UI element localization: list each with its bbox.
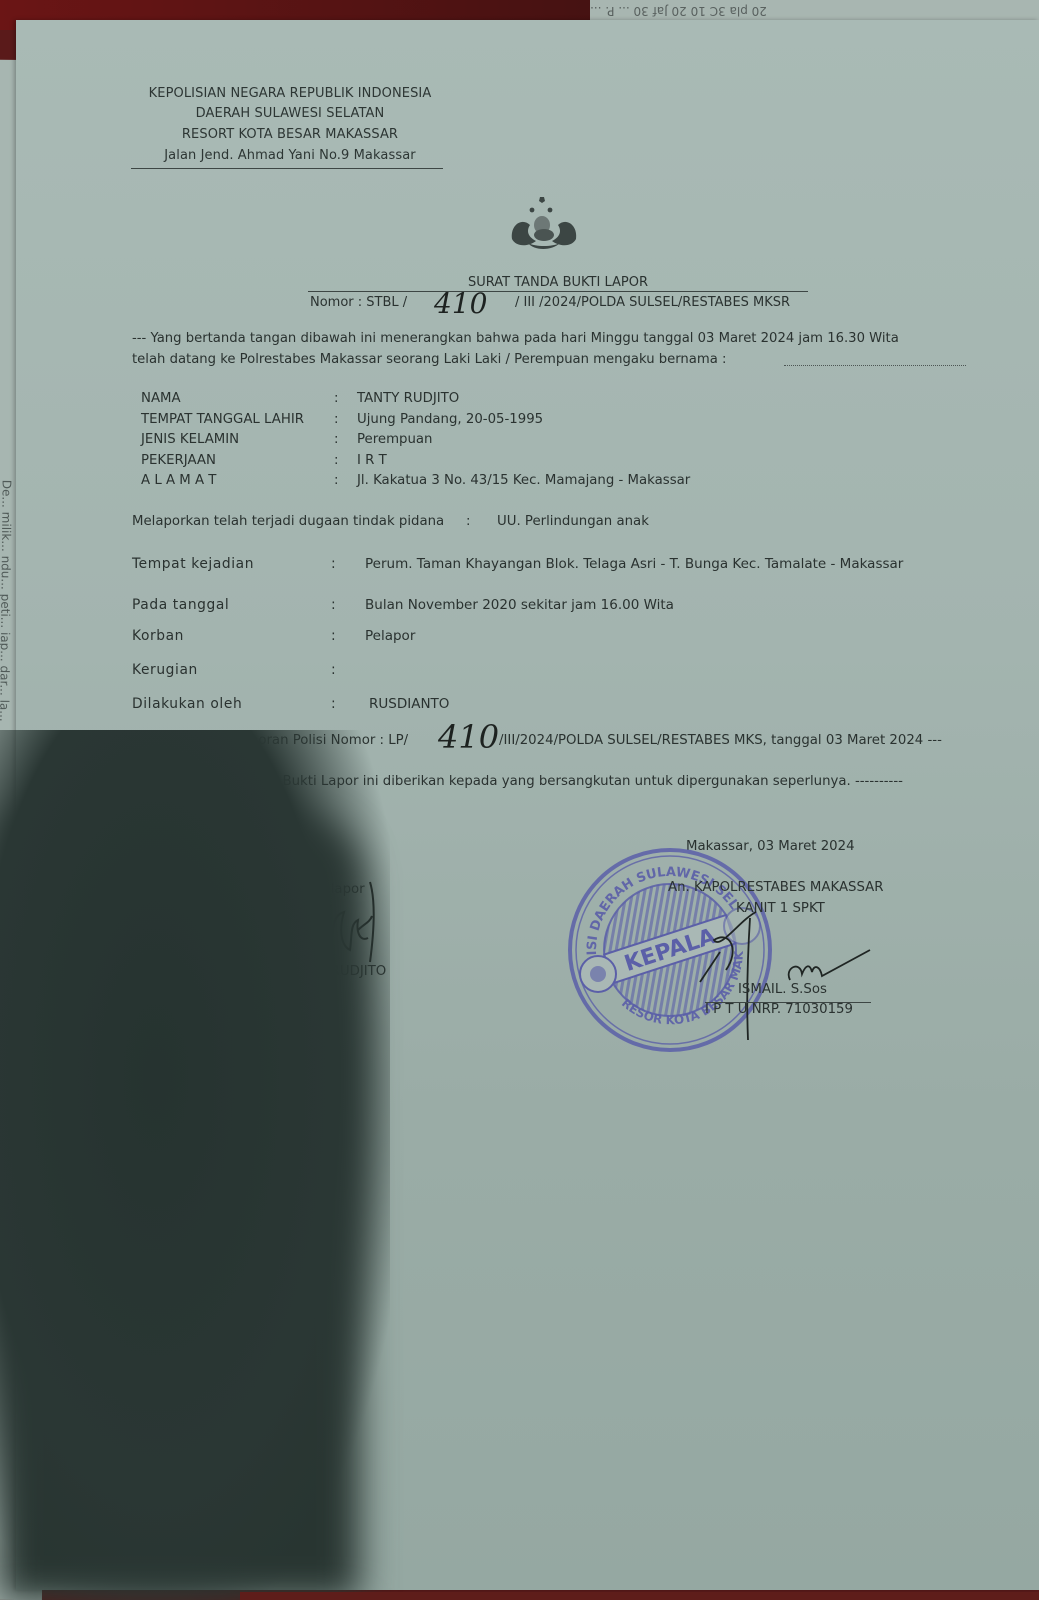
field-colon: :: [331, 556, 336, 572]
field-colon: :: [331, 628, 336, 644]
dotted-fill-line: [784, 365, 966, 366]
officer-name: ISMAIL. S.Sos: [738, 982, 827, 997]
field-value-nama: TANTY RUDJITO: [357, 391, 459, 406]
field-label-gender: JENIS KELAMIN: [141, 432, 239, 447]
title-rule: [308, 291, 808, 292]
officer-on-behalf: An. KAPOLRESTABES MAKASSAR: [668, 880, 884, 895]
field-colon: :: [466, 514, 470, 529]
detail-label-location: Tempat kejadian: [132, 556, 254, 572]
field-colon: :: [331, 597, 336, 613]
number-suffix: / III /2024/POLDA SULSEL/RESTABES MKSR: [515, 295, 790, 310]
report-receipt-document: KEPOLISIAN NEGARA REPUBLIK INDONESIA DAE…: [0, 0, 1039, 1600]
detail-label-date: Pada tanggal: [132, 597, 229, 613]
letterhead-line-2: DAERAH SULAWESI SELATAN: [130, 106, 450, 121]
officer-signature-icon: [690, 910, 890, 1050]
field-label-occupation: PEKERJAAN: [141, 453, 216, 468]
field-colon: :: [334, 432, 338, 447]
field-colon: :: [331, 696, 336, 712]
handwritten-reference-number: 410: [438, 718, 499, 756]
reference-suffix: /III/2024/POLDA SULSEL/RESTABES MKS, tan…: [499, 733, 942, 748]
field-colon: :: [331, 662, 336, 678]
detail-value-perpetrator: RUSDIANTO: [369, 696, 449, 712]
field-value-occupation: I R T: [357, 453, 387, 468]
field-label-nama: NAMA: [141, 391, 181, 406]
detail-label-victim: Korban: [132, 628, 184, 644]
police-emblem-icon: [506, 195, 586, 257]
reference-prefix: Sesuai dengan Laporan Polisi Nomor : LP/: [132, 733, 408, 748]
detail-label-loss: Kerugian: [132, 662, 198, 678]
report-value: UU. Perlindungan anak: [497, 514, 649, 529]
intro-line-1: --- Yang bertanda tangan dibawah ini men…: [132, 331, 899, 346]
field-colon: :: [334, 473, 338, 488]
field-colon: :: [334, 453, 338, 468]
field-value-ttl: Ujung Pandang, 20-05-1995: [357, 412, 543, 427]
officer-rank-nrp: I P T U NRP. 71030159: [705, 1002, 853, 1017]
detail-value-location: Perum. Taman Khayangan Blok. Telaga Asri…: [365, 556, 903, 572]
letterhead-line-3: RESORT KOTA BESAR MAKASSAR: [130, 127, 450, 142]
document-title: SURAT TANDA BUKTI LAPOR: [308, 275, 808, 290]
report-label: Melaporkan telah terjadi dugaan tindak p…: [132, 514, 444, 529]
letterhead-line-1: KEPOLISIAN NEGARA REPUBLIK INDONESIA: [130, 86, 450, 101]
field-label-address: A L A M A T: [141, 473, 216, 488]
intro-line-2: telah datang ke Polrestabes Makassar seo…: [132, 352, 726, 367]
background-surface-bottom: [240, 1592, 1039, 1600]
field-label-ttl: TEMPAT TANGGAL LAHIR: [141, 412, 304, 427]
field-colon: :: [334, 412, 338, 427]
reporter-signature-icon: [300, 872, 390, 972]
closing-statement: Demikian Surat Tanda Bukti Lapor ini dib…: [132, 774, 903, 789]
field-colon: :: [334, 391, 338, 406]
detail-value-victim: Pelapor: [365, 628, 415, 644]
number-prefix: Nomor : STBL /: [310, 295, 407, 310]
field-value-gender: Perempuan: [357, 432, 432, 447]
letterhead-address: Jalan Jend. Ahmad Yani No.9 Makassar: [130, 148, 450, 163]
handwritten-number: 410: [434, 287, 487, 320]
detail-label-perpetrator: Dilakukan oleh: [132, 696, 242, 712]
letterhead-rule: [131, 168, 443, 169]
field-value-address: Jl. Kakatua 3 No. 43/15 Kec. Mamajang - …: [357, 473, 690, 488]
detail-value-date: Bulan November 2020 sekitar jam 16.00 Wi…: [365, 597, 674, 613]
reporter-name: TANTY RUDJITO: [284, 964, 386, 979]
